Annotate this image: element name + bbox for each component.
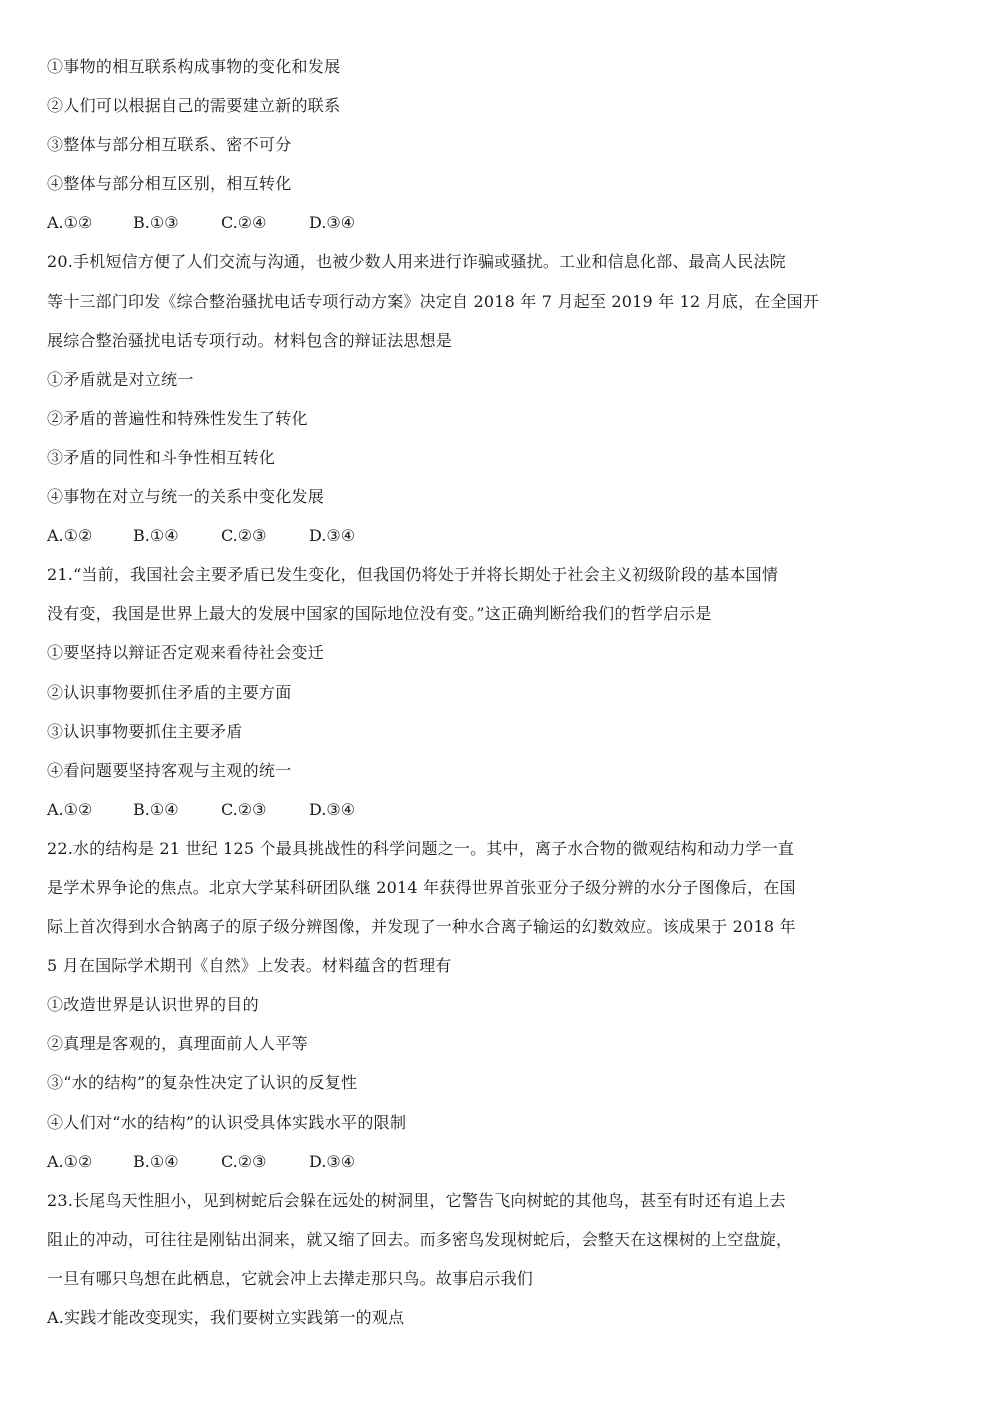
- q20-option-2: ②矛盾的普遍性和特殊性发生了转化: [47, 406, 847, 445]
- q22-option-3: ③“水的结构”的复杂性决定了认识的反复性: [47, 1070, 847, 1109]
- q21-option-4: ④看问题要坚持客观与主观的统一: [47, 758, 847, 797]
- q19-choice-c: C.②④: [221, 210, 266, 236]
- q20-option-1: ①矛盾就是对立统一: [47, 367, 847, 406]
- q21-option-2: ②认识事物要抓住矛盾的主要方面: [47, 680, 847, 719]
- q21-choice-d: D.③④: [309, 797, 355, 823]
- q20-stem-line-1: 20.手机短信方便了人们交流与沟通，也被少数人用来进行诈骗或骚扰。工业和信息化部…: [47, 249, 847, 288]
- q23-stem-line-1: 23.长尾鸟天性胆小，见到树蛇后会躲在远处的树洞里，它警告飞向树蛇的其他鸟，甚至…: [47, 1188, 847, 1227]
- q21-stem-line-2: 没有变，我国是世界上最大的发展中国家的国际地位没有变。”这正确判断给我们的哲学启…: [47, 601, 847, 640]
- q22-choice-a: A.①②: [47, 1149, 92, 1175]
- q20-choices: A.①② B.①④ C.②③ D.③④: [47, 523, 847, 562]
- q19-option-1: ①事物的相互联系构成事物的变化和发展: [47, 54, 847, 93]
- q20-choice-a: A.①②: [47, 523, 92, 549]
- q20-option-4: ④事物在对立与统一的关系中变化发展: [47, 484, 847, 523]
- q22-stem-line-2: 是学术界争论的焦点。北京大学某科研团队继 2014 年获得世界首张亚分子级分辨的…: [47, 875, 847, 914]
- exam-page: ①事物的相互联系构成事物的变化和发展 ②人们可以根据自己的需要建立新的联系 ③整…: [47, 54, 847, 1344]
- q22-choice-d: D.③④: [309, 1149, 355, 1175]
- q21-choice-c: C.②③: [221, 797, 266, 823]
- q19-option-3: ③整体与部分相互联系、密不可分: [47, 132, 847, 171]
- q20-stem-line-3: 展综合整治骚扰电话专项行动。材料包含的辩证法思想是: [47, 328, 847, 367]
- question-20: 20.手机短信方便了人们交流与沟通，也被少数人用来进行诈骗或骚扰。工业和信息化部…: [47, 249, 847, 562]
- q23-option-a: A.实践才能改变现实，我们要树立实践第一的观点: [47, 1305, 847, 1344]
- q21-choices: A.①② B.①④ C.②③ D.③④: [47, 797, 847, 836]
- q23-stem-line-2: 阻止的冲动，可往往是刚钻出洞来，就又缩了回去。而多密鸟发现树蛇后，会整天在这棵树…: [47, 1227, 847, 1266]
- q20-choice-c: C.②③: [221, 523, 266, 549]
- q21-stem-line-1: 21.“当前，我国社会主要矛盾已发生变化，但我国仍将处于并将长期处于社会主义初级…: [47, 562, 847, 601]
- q21-option-1: ①要坚持以辩证否定观来看待社会变迁: [47, 640, 847, 679]
- q19-option-2: ②人们可以根据自己的需要建立新的联系: [47, 93, 847, 132]
- q21-option-3: ③认识事物要抓住主要矛盾: [47, 719, 847, 758]
- q23-stem-line-3: 一旦有哪只鸟想在此栖息，它就会冲上去撵走那只鸟。故事启示我们: [47, 1266, 847, 1305]
- q22-option-2: ②真理是客观的，真理面前人人平等: [47, 1031, 847, 1070]
- question-22: 22.水的结构是 21 世纪 125 个最具挑战性的科学问题之一。其中，离子水合…: [47, 836, 847, 1188]
- q21-choice-a: A.①②: [47, 797, 92, 823]
- q22-option-4: ④人们对“水的结构”的认识受具体实践水平的限制: [47, 1110, 847, 1149]
- question-21: 21.“当前，我国社会主要矛盾已发生变化，但我国仍将处于并将长期处于社会主义初级…: [47, 562, 847, 836]
- q19-choice-d: D.③④: [309, 210, 355, 236]
- question-23: 23.长尾鸟天性胆小，见到树蛇后会躲在远处的树洞里，它警告飞向树蛇的其他鸟，甚至…: [47, 1188, 847, 1344]
- q22-stem-line-3: 际上首次得到水合钠离子的原子级分辨图像，并发现了一种水合离子输运的幻数效应。该成…: [47, 914, 847, 953]
- q22-stem-line-4: 5 月在国际学术期刊《自然》上发表。材料蕴含的哲理有: [47, 953, 847, 992]
- question-19-options: ①事物的相互联系构成事物的变化和发展 ②人们可以根据自己的需要建立新的联系 ③整…: [47, 54, 847, 249]
- q20-stem-line-2: 等十三部门印发《综合整治骚扰电话专项行动方案》决定自 2018 年 7 月起至 …: [47, 289, 847, 328]
- q21-choice-b: B.①④: [133, 797, 179, 823]
- q22-option-1: ①改造世界是认识世界的目的: [47, 992, 847, 1031]
- q19-choice-a: A.①②: [47, 210, 92, 236]
- q22-stem-line-1: 22.水的结构是 21 世纪 125 个最具挑战性的科学问题之一。其中，离子水合…: [47, 836, 847, 875]
- q22-choice-b: B.①④: [133, 1149, 179, 1175]
- q20-option-3: ③矛盾的同性和斗争性相互转化: [47, 445, 847, 484]
- q20-choice-d: D.③④: [309, 523, 355, 549]
- q22-choice-c: C.②③: [221, 1149, 266, 1175]
- q20-choice-b: B.①④: [133, 523, 179, 549]
- q19-choice-b: B.①③: [133, 210, 179, 236]
- q19-choices: A.①② B.①③ C.②④ D.③④: [47, 210, 847, 249]
- q19-option-4: ④整体与部分相互区别，相互转化: [47, 171, 847, 210]
- q22-choices: A.①② B.①④ C.②③ D.③④: [47, 1149, 847, 1188]
